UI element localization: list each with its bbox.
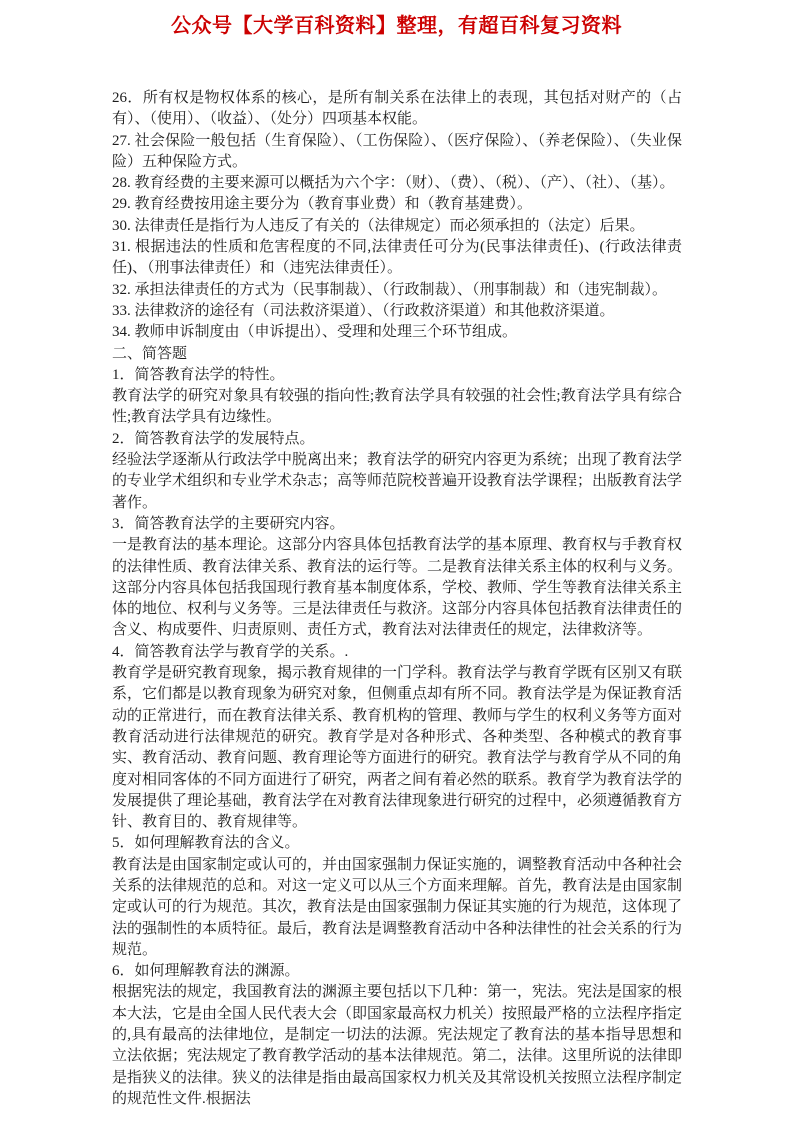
question-6: 6．如何理解教育法的渊源。 [112,961,682,982]
answer-2: 经验法学逐渐从行政法学中脱离出来；教育法学的研究内容更为系统；出现了教育法学的专… [112,450,682,514]
fill-item-26: 26．所有权是物权体系的核心，是所有制关系在法律上的表现，其包括对财产的（占有）… [112,88,682,131]
page-title: 公众号【大学百科资料】整理，有超百科复习资料 [0,0,793,40]
answer-4: 教育学是研究教育现象，揭示教育规律的一门学科。教育法学与教育学既有区别又有联系，… [112,663,682,833]
fill-item-29: 29. 教育经费按用途主要分为（教育事业费）和（教育基建费）。 [112,194,682,215]
question-4: 4．简答教育法学与教育学的关系。. [112,642,682,663]
question-5: 5．如何理解教育法的含义。 [112,833,682,854]
fill-item-34: 34. 教师申诉制度由（申诉提出）、受理和处理三个环节组成。 [112,322,682,343]
answer-1: 教育法学的研究对象具有较强的指向性;教育法学具有较强的社会性;教育法学具有综合性… [112,386,682,429]
question-3: 3．简答教育法学的主要研究内容。 [112,514,682,535]
fill-item-31: 31. 根据违法的性质和危害程度的不同,法律责任可分为(民事法律责任)、(行政法… [112,237,682,280]
fill-item-32: 32. 承担法律责任的方式为（民事制裁）、（行政制裁）、（刑事制裁）和（违宪制裁… [112,280,682,301]
answer-6: 根据宪法的规定，我国教育法的渊源主要包括以下几种：第一，宪法。宪法是国家的根本大… [112,982,682,1110]
fill-item-33: 33. 法律救济的途径有（司法救济渠道）、（行政救济渠道）和其他救济渠道。 [112,301,682,322]
answer-3: 一是教育法的基本理论。这部分内容具体包括教育法学的基本原理、教育权与手教育权的法… [112,535,682,641]
fill-item-27: 27. 社会保险一般包括（生育保险）、（工伤保险）、（医疗保险）、（养老保险）、… [112,131,682,174]
section-heading-short-answer: 二、简答题 [112,344,682,365]
answer-5: 教育法是由国家制定或认可的，并由国家强制力保证实施的，调整教育活动中各种社会关系… [112,855,682,961]
fill-item-30: 30. 法律责任是指行为人违反了有关的（法律规定）而必须承担的（法定）后果。 [112,216,682,237]
document-page: 公众号【大学百科资料】整理，有超百科复习资料 26．所有权是物权体系的核心，是所… [0,0,793,1122]
question-2: 2．简答教育法学的发展特点。 [112,429,682,450]
document-body: 26．所有权是物权体系的核心，是所有制关系在法律上的表现，其包括对财产的（占有）… [112,88,682,1110]
question-1: 1．简答教育法学的特性。 [112,365,682,386]
fill-item-28: 28. 教育经费的主要来源可以概括为六个字：（财）、（费）、（税）、（产）、（社… [112,173,682,194]
